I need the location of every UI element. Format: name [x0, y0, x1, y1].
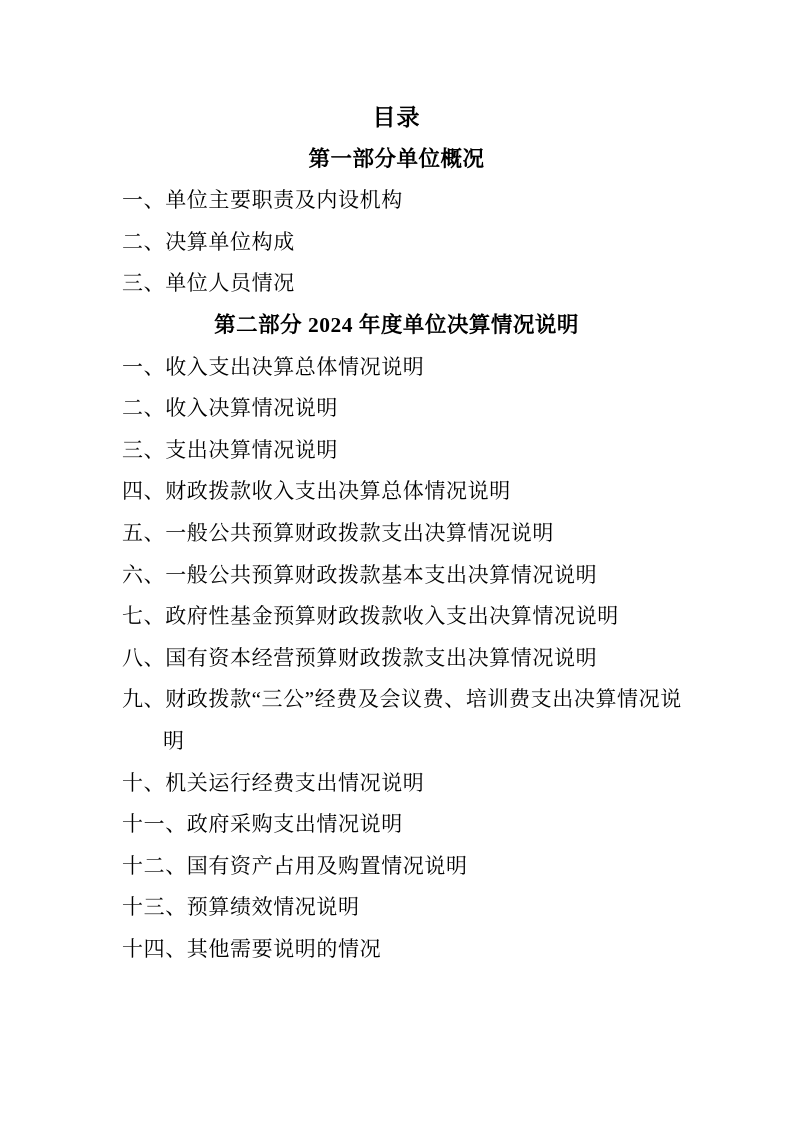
- toc-item: 十、机关运行经费支出情况说明: [122, 763, 693, 805]
- toc-item: 十一、政府采购支出情况说明: [122, 804, 693, 846]
- toc-item: 三、单位人员情况: [122, 263, 693, 305]
- toc-item: 十四、其他需要说明的情况: [122, 929, 693, 971]
- toc-item: 二、决算单位构成: [122, 222, 693, 264]
- section-heading-part1: 第一部分单位概况: [0, 139, 793, 181]
- toc-item: 一、收入支出决算总体情况说明: [122, 347, 693, 389]
- toc-item: 一、单位主要职责及内设机构: [122, 180, 693, 222]
- toc-item: 七、政府性基金预算财政拨款收入支出决算情况说明: [122, 596, 693, 638]
- toc-item: 四、财政拨款收入支出决算总体情况说明: [122, 471, 693, 513]
- toc-item: 十二、国有资产占用及购置情况说明: [122, 846, 693, 888]
- toc-item: 二、收入决算情况说明: [122, 388, 693, 430]
- section-heading-part2: 第二部分 2024 年度单位决算情况说明: [0, 305, 793, 347]
- toc-item: 十三、预算绩效情况说明: [122, 887, 693, 929]
- toc-title: 目录: [0, 97, 793, 139]
- document-page: 目录 第一部分单位概况 一、单位主要职责及内设机构 二、决算单位构成 三、单位人…: [0, 0, 793, 1122]
- toc-item: 九、财政拨款“三公”经费及会议费、培训费支出决算情况说明: [122, 679, 693, 762]
- toc-item: 五、一般公共预算财政拨款支出决算情况说明: [122, 513, 693, 555]
- toc-item: 八、国有资本经营预算财政拨款支出决算情况说明: [122, 638, 693, 680]
- toc-item: 三、支出决算情况说明: [122, 430, 693, 472]
- toc-item: 六、一般公共预算财政拨款基本支出决算情况说明: [122, 555, 693, 597]
